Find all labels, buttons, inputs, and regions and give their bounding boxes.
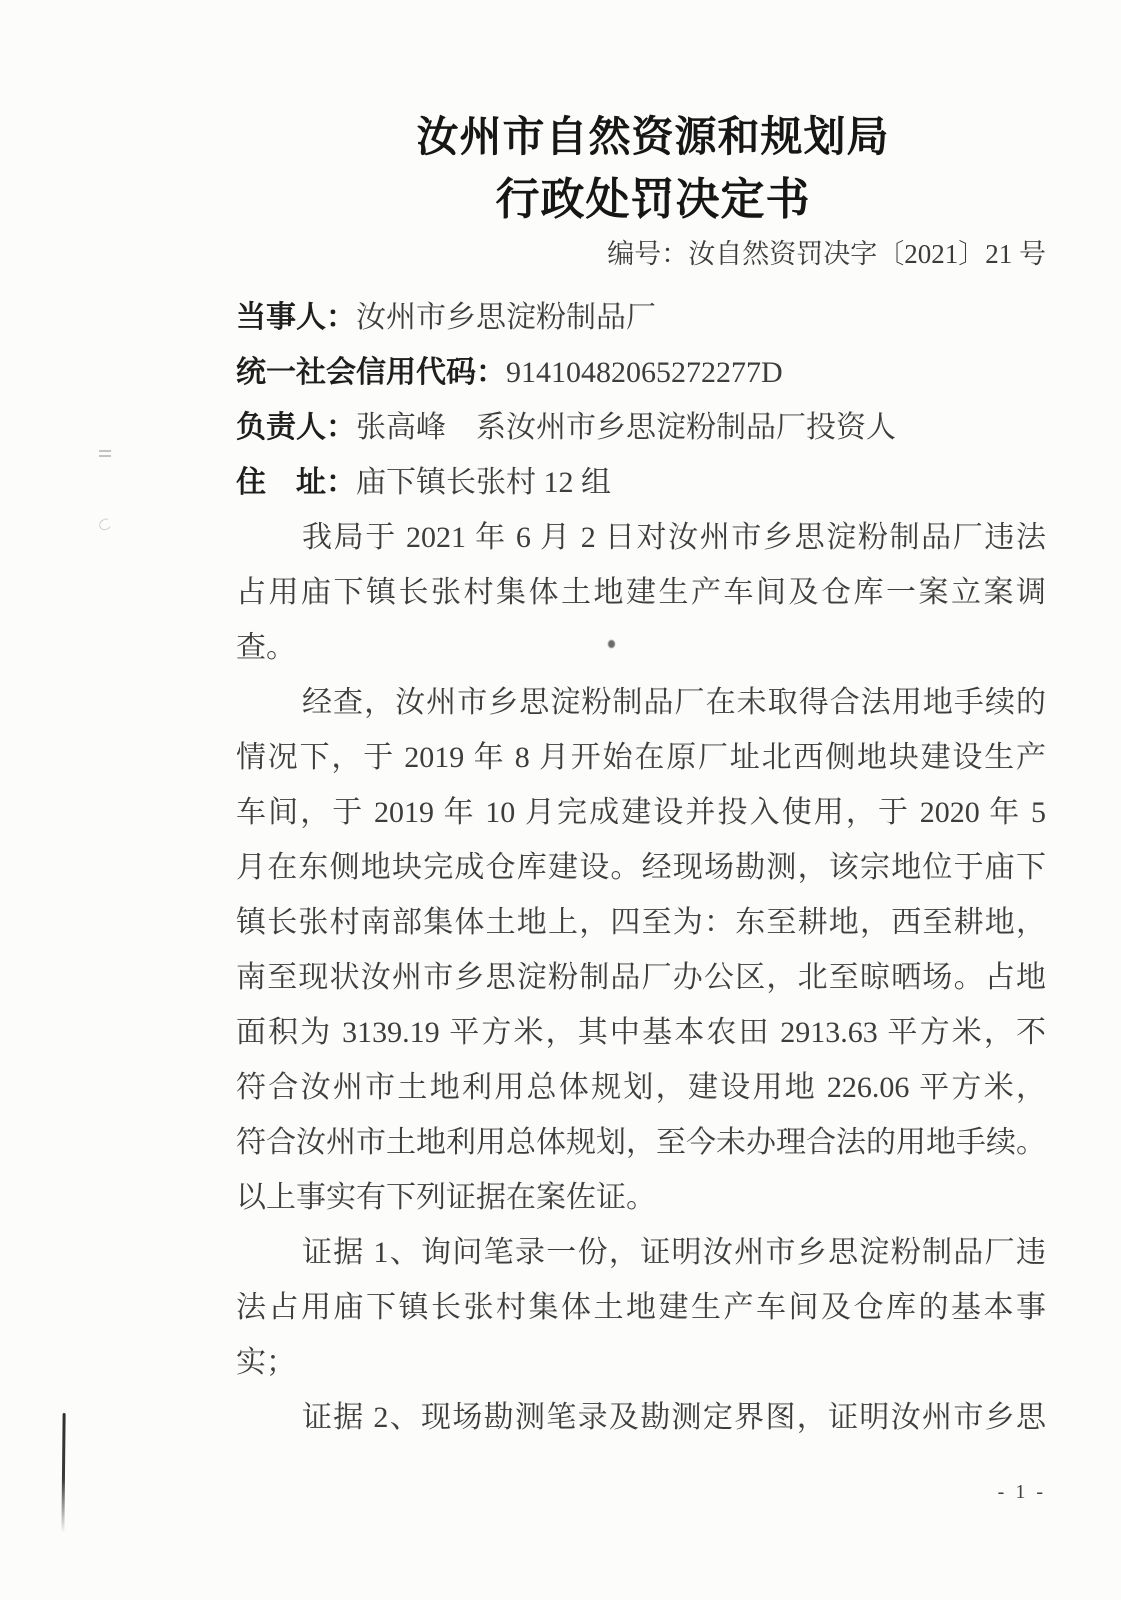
page-number: - 1 - xyxy=(236,1481,1046,1504)
doc-line: 负责人：张高峰 系汝州市乡思淀粉制品厂投资人 xyxy=(236,400,1046,455)
scan-artifact-vertical-streak xyxy=(61,1413,65,1533)
doc-line: 实； xyxy=(236,1335,1046,1390)
line-text: 月在东侧地块完成仓库建设。经现场勘测，该宗地位于庙下 xyxy=(236,851,1046,884)
line-text: 91410482065272277D xyxy=(506,356,783,389)
line-text: 以上事实有下列证据在案佐证。 xyxy=(236,1181,656,1214)
line-text: 张高峰 系汝州市乡思淀粉制品厂投资人 xyxy=(356,411,896,444)
line-text: 占用庙下镇长张村集体土地建生产车间及仓库一案立案调 xyxy=(236,576,1046,609)
document-page: 汝州市自然资源和规划局 行政处罚决定书 编号：汝自然资罚决字〔2021〕21 号… xyxy=(0,0,1121,1600)
scan-artifact-dot xyxy=(608,640,615,648)
field-label: 住 址： xyxy=(236,466,356,499)
doc-line: 符合汝州市土地利用总体规划，至今未办理合法的用地手续。 xyxy=(236,1115,1046,1170)
doc-line: 证据 1、询问笔录一份，证明汝州市乡思淀粉制品厂违 xyxy=(236,1225,1046,1280)
doc-line: 占用庙下镇长张村集体土地建生产车间及仓库一案立案调 xyxy=(236,565,1046,620)
line-text: 法占用庙下镇长张村集体土地建生产车间及仓库的基本事 xyxy=(236,1291,1046,1324)
doc-line: 法占用庙下镇长张村集体土地建生产车间及仓库的基本事 xyxy=(236,1280,1046,1335)
line-text: 汝州市乡思淀粉制品厂 xyxy=(356,301,656,334)
doc-line: 以上事实有下列证据在案佐证。 xyxy=(236,1170,1046,1225)
line-text: 庙下镇长张村 12 组 xyxy=(356,466,611,499)
doc-line: 情况下，于 2019 年 8 月开始在原厂址北西侧地块建设生产 xyxy=(236,730,1046,785)
line-text: 经查，汝州市乡思淀粉制品厂在未取得合法用地手续的 xyxy=(302,686,1046,719)
line-text: 证据 2、现场勘测笔录及勘测定界图，证明汝州市乡思 xyxy=(302,1401,1046,1434)
line-text: 符合汝州市土地利用总体规划，至今未办理合法的用地手续。 xyxy=(236,1126,1046,1159)
document-number: 编号：汝自然资罚决字〔2021〕21 号 xyxy=(236,238,1046,272)
document-title-line1: 汝州市自然资源和规划局 xyxy=(248,112,1058,165)
line-text: 南至现状汝州市乡思淀粉制品厂办公区，北至晾晒场。占地 xyxy=(236,961,1046,994)
line-text: 我局于 2021 年 6 月 2 日对汝州市乡思淀粉制品厂违法 xyxy=(302,521,1046,554)
scan-artifact-smudge xyxy=(99,450,111,458)
doc-line: 车间，于 2019 年 10 月完成建设并投入使用，于 2020 年 5 xyxy=(236,785,1046,840)
doc-line: 镇长张村南部集体土地上，四至为：东至耕地，西至耕地， xyxy=(236,895,1046,950)
field-label: 当事人： xyxy=(236,301,356,334)
document-lines: 当事人：汝州市乡思淀粉制品厂统一社会信用代码：91410482065272277… xyxy=(236,290,1046,1445)
doc-line: 面积为 3139.19 平方米，其中基本农田 2913.63 平方米，不 xyxy=(236,1005,1046,1060)
doc-line: 统一社会信用代码：91410482065272277D xyxy=(236,345,1046,400)
line-text: 面积为 3139.19 平方米，其中基本农田 2913.63 平方米，不 xyxy=(236,1016,1046,1049)
doc-line: 我局于 2021 年 6 月 2 日对汝州市乡思淀粉制品厂违法 xyxy=(236,510,1046,565)
doc-line: 当事人：汝州市乡思淀粉制品厂 xyxy=(236,290,1046,345)
doc-line: 月在东侧地块完成仓库建设。经现场勘测，该宗地位于庙下 xyxy=(236,840,1046,895)
line-text: 实； xyxy=(236,1346,296,1379)
line-text: 证据 1、询问笔录一份，证明汝州市乡思淀粉制品厂违 xyxy=(302,1236,1046,1269)
line-text: 镇长张村南部集体土地上，四至为：东至耕地，西至耕地， xyxy=(236,906,1046,939)
doc-line: 查。 xyxy=(236,620,1046,675)
scan-artifact-smudge xyxy=(97,517,112,531)
doc-line: 经查，汝州市乡思淀粉制品厂在未取得合法用地手续的 xyxy=(236,675,1046,730)
document-title-line2: 行政处罚决定书 xyxy=(248,172,1058,227)
line-text: 情况下，于 2019 年 8 月开始在原厂址北西侧地块建设生产 xyxy=(236,741,1046,774)
doc-line: 南至现状汝州市乡思淀粉制品厂办公区，北至晾晒场。占地 xyxy=(236,950,1046,1005)
field-label: 负责人： xyxy=(236,411,356,444)
doc-line: 符合汝州市土地利用总体规划，建设用地 226.06 平方米， xyxy=(236,1060,1046,1115)
line-text: 查。 xyxy=(236,631,296,664)
line-text: 车间，于 2019 年 10 月完成建设并投入使用，于 2020 年 5 xyxy=(236,796,1046,829)
field-label: 统一社会信用代码： xyxy=(236,356,506,389)
doc-line: 证据 2、现场勘测笔录及勘测定界图，证明汝州市乡思 xyxy=(236,1390,1046,1445)
line-text: 符合汝州市土地利用总体规划，建设用地 226.06 平方米， xyxy=(236,1071,1046,1104)
doc-line: 住 址：庙下镇长张村 12 组 xyxy=(236,455,1046,510)
